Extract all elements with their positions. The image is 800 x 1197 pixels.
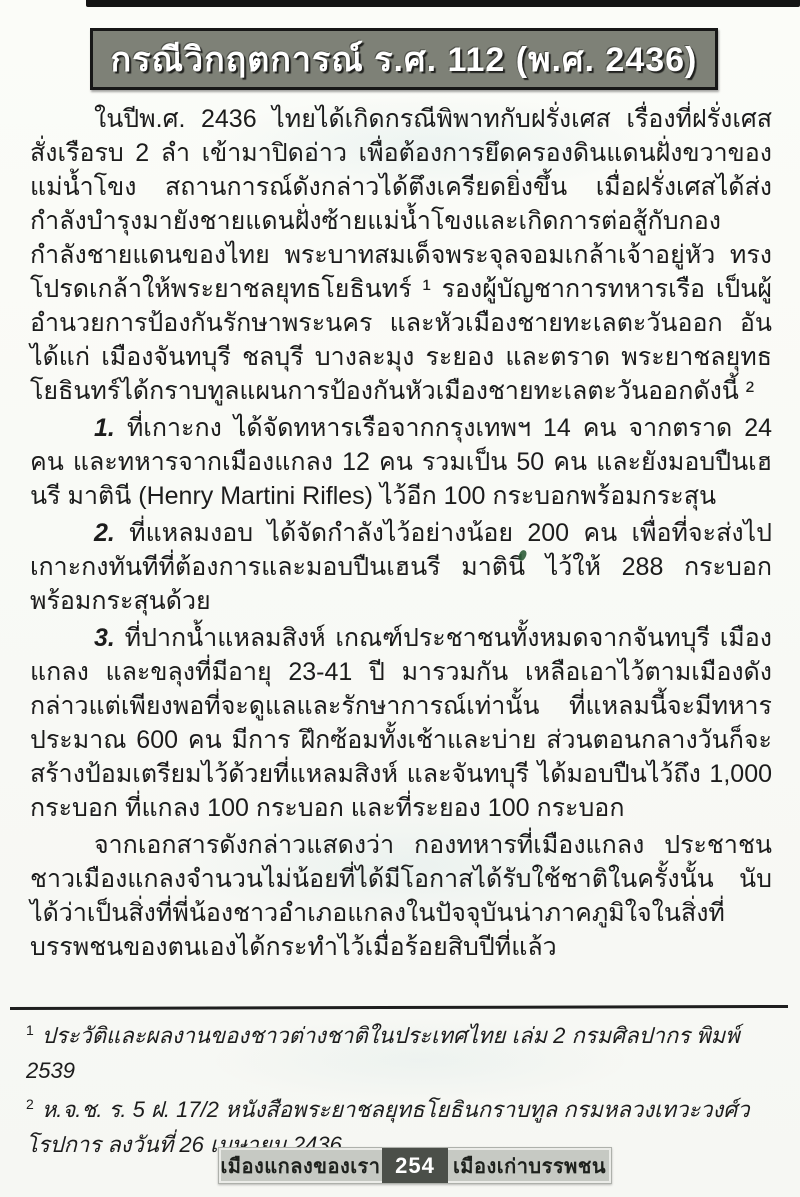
- footnote-1-marker: 1: [26, 1022, 34, 1038]
- footnote-1-text: ประวัติและผลงานของชาวต่างชาติในประเทศไทย…: [26, 1023, 740, 1083]
- list-item-2-number: 2.: [94, 519, 115, 547]
- chapter-title-box: กรณีวิกฤตการณ์ ร.ศ. 112 (พ.ศ. 2436): [90, 28, 718, 90]
- paragraph-intro-text: ในปีพ.ศ. 2436 ไทยได้เกิดกรณีพิพาทกับฝรั่…: [30, 105, 772, 405]
- paragraph-conclusion-text: จากเอกสารดังกล่าวแสดงว่า กองทหารที่เมือง…: [30, 831, 772, 961]
- list-item-1-text: ที่เกาะกง ได้จัดทหารเรือจากกรุงเทพฯ 14 ค…: [30, 414, 772, 510]
- list-item-3-text: ที่ปากน้ำแหลมสิงห์ เกณฑ์ประชาชนทั้งหมดจา…: [30, 624, 772, 822]
- body-text: ในปีพ.ศ. 2436 ไทยได้เกิดกรณีพิพาทกับฝรั่…: [30, 102, 772, 967]
- list-item-3-number: 3.: [94, 624, 115, 652]
- footnote-2-marker: 2: [26, 1096, 34, 1112]
- footnote-divider: [10, 1005, 788, 1010]
- footnote-1: 1ประวัติและผลงานของชาวต่างชาติในประเทศไท…: [26, 1018, 766, 1088]
- paragraph-intro: ในปีพ.ศ. 2436 ไทยได้เกิดกรณีพิพาทกับฝรั่…: [30, 102, 772, 408]
- list-item-2-text: ที่แหลมงอบ ได้จัดกำลังไว้อย่างน้อย 200 ค…: [30, 519, 772, 615]
- list-item-3: 3. ที่ปากน้ำแหลมสิงห์ เกณฑ์ประชาชนทั้งหม…: [30, 621, 772, 825]
- footer-right-label: เมืองเก่าบรรพชน: [448, 1148, 611, 1183]
- footnotes: 1ประวัติและผลงานของชาวต่างชาติในประเทศไท…: [26, 1018, 766, 1166]
- list-item-2: 2. ที่แหลมงอบ ได้จัดกำลังไว้อย่างน้อย 20…: [30, 516, 772, 618]
- list-item-1-number: 1.: [94, 414, 115, 442]
- scan-edge-artifact: [86, 0, 800, 7]
- paragraph-conclusion: จากเอกสารดังกล่าวแสดงว่า กองทหารที่เมือง…: [30, 828, 772, 964]
- footer-left-label: เมืองแกลงของเรา: [219, 1148, 382, 1183]
- page-number-badge: 254: [382, 1148, 448, 1183]
- page-footer-bar: เมืองแกลงของเรา 254 เมืองเก่าบรรพชน: [218, 1147, 612, 1184]
- list-item-1: 1. ที่เกาะกง ได้จัดทหารเรือจากกรุงเทพฯ 1…: [30, 411, 772, 513]
- page-number: 254: [395, 1153, 435, 1179]
- scanned-book-page: กรณีวิกฤตการณ์ ร.ศ. 112 (พ.ศ. 2436) ในปี…: [0, 0, 800, 1197]
- chapter-title: กรณีวิกฤตการณ์ ร.ศ. 112 (พ.ศ. 2436): [111, 32, 698, 86]
